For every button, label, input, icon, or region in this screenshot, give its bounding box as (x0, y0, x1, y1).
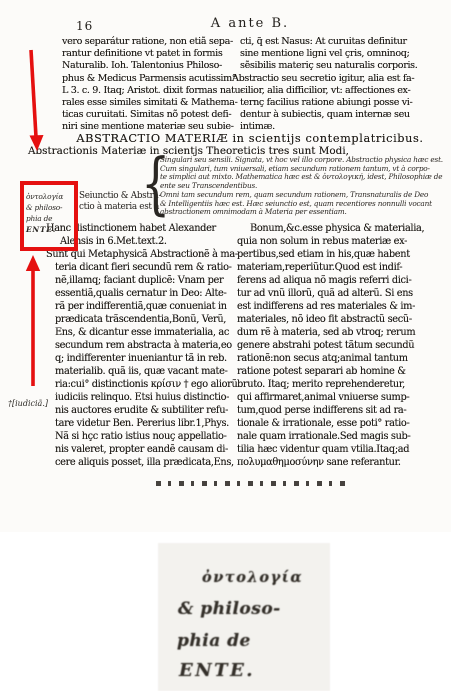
text-line: nẽ,illamq; faciant duplicẽ: Vnam per (46, 274, 238, 287)
text-line: ὀντολογία (26, 191, 63, 202)
text-line: & philoso- (26, 202, 63, 213)
upper-left-column: vero separátur ratione, non etiã sepa-ra… (62, 36, 243, 134)
text-line: Naturalib. Ioh. Talentonius Philoso- (62, 60, 243, 72)
clipped-text-fragment (156, 481, 348, 486)
text-line: essentiã,qualis cernatur in Deo: Alte- (46, 287, 238, 300)
text-line: sine mentione ligni vel çris, omninoq; (240, 48, 417, 60)
text-line: vero separátur ratione, non etiã sepa- (62, 36, 243, 48)
down-arrow-icon (30, 50, 44, 151)
lower-left-column: Hanc distinctionem habet AlexanderAlensi… (46, 222, 238, 469)
text-line: & philoso- (178, 599, 281, 619)
margin-note-ontologia: ὀντολογία& philoso-phia deENTE. (26, 191, 63, 235)
text-line: materiales, nõ ideo fit abstractũ secũ- (237, 313, 424, 326)
text-line: ὀντολογία (202, 569, 303, 586)
margin-note-dagger: †[iudiciã.] (8, 399, 48, 408)
text-line: qui affirmaret,animal vniuerse sump- (237, 391, 424, 404)
lower-right-column: Bonum,&c.esse physica & materialia,quia … (237, 222, 424, 469)
text-line: genere abstrahi potest tãtum secundũ (237, 339, 424, 352)
text-line: quia non solum in rebus materiæ ex- (237, 235, 424, 248)
running-header: A ante B. (100, 16, 400, 31)
text-line: est indifferens ad res materiales & im- (237, 300, 424, 313)
text-line: rã per indifferentiã,quæ conueniat in (46, 300, 238, 313)
text-line: phia de (177, 631, 251, 651)
text-line: rantur definitione vt patet in formis (62, 48, 243, 60)
text-line: πολυμαθημοσύνην sane referantur. (237, 456, 424, 469)
text-line: q; indifferenter inueniantur tã in reb. (46, 352, 238, 365)
section-heading: ABSTRACTIO MATERIÆ in scientijs contempl… (60, 132, 440, 145)
text-line: sẽsibilis materiç seu naturalis corporis… (240, 60, 417, 72)
text-line: bruto. Itaq; merito reprehenderetur, (237, 378, 424, 391)
text-line: iudiciis relinquo. Etsi huius distinctio… (46, 391, 238, 404)
text-line: tare videtur Ben. Pererius libr.1,Phys. (46, 417, 238, 430)
text-line: nale quam irrationale.Sed magis sub- (237, 430, 424, 443)
text-line: teria dicant fieri secundũ rem & ratio- (46, 261, 238, 274)
text-line: abstractionem omnimodam à Materia per es… (160, 208, 443, 217)
text-line: phia de (26, 213, 63, 224)
text-line: Bonum,&c.esse physica & materialia, (237, 222, 424, 235)
text-line: tionale & irrationale, esse poti° ratio- (237, 417, 424, 430)
text-line: ratione potest separari ab homine & (237, 365, 424, 378)
text-line: dentur à subiectis, quam internæ seu (240, 109, 417, 121)
text-line: ternç facilius ratione abiungi posse vi- (240, 97, 417, 109)
text-line: nis valeret, propter eandẽ causam di- (46, 443, 238, 456)
text-line: prædicata trãscendentia,Bonũ, Verũ, (46, 313, 238, 326)
text-line: materiam,reperiũtur.Quod est indif- (237, 261, 424, 274)
text-line: phus & Medicus Parmensis acutissim° (62, 73, 243, 85)
text-line: cilior, alia difficilior, vt: affectione… (240, 85, 417, 97)
text-line: tum,quod perse indifferens sit ad ra- (237, 404, 424, 417)
text-line: nis auctores erudite & subtiliter refu- (46, 404, 238, 417)
text-line: tur ad vnũ illorũ, quã ad alterũ. Si ens (237, 287, 424, 300)
page-number: 16 (76, 19, 93, 33)
text-line: materialib. quã iis, quæ vacant mate- (46, 365, 238, 378)
book-page-scan: 16 A ante B. vero separátur ratione, non… (0, 0, 451, 532)
upper-right-column: cti, q̃ est Nasus: At curuitas definitur… (232, 36, 417, 134)
text-line: tilia hæc videntur quam vtilia.Itaq;ad (237, 443, 424, 456)
text-line: pertibus,sed etiam in his,quæ habent (237, 248, 424, 261)
text-line: Nã si hçc ratio istius nouç appellatio- (46, 430, 238, 443)
brace-diagram-items: Singulari seu sensili. Signata, vt hoc v… (160, 156, 443, 217)
text-line: cere aliquis posset, illa prædicata,Ens, (46, 456, 238, 469)
text-line: rales esse similes simitati & Mathema- (62, 97, 243, 109)
magnified-margin-note-crop: ὀντολογία& philoso-phia deENTE. (158, 543, 330, 691)
text-line: L 3. c. 9. Itaq; Aristot. dixit formas n… (62, 85, 243, 97)
text-line: Abstractio seu secretio igitur, alia est… (232, 73, 417, 85)
text-line: secundum rem abstracta à materia,eo (46, 339, 238, 352)
text-line: ENTE. (179, 660, 255, 681)
text-line: ferens ad aliqua nõ magis referri dici- (237, 274, 424, 287)
text-line: dum rẽ à materia, sed ab vtroq; rerum (237, 326, 424, 339)
up-arrow-icon (26, 255, 40, 386)
text-line: rationẽ:non secus atq;animal tantum (237, 352, 424, 365)
text-line: cti, q̃ est Nasus: At curuitas definitur (240, 36, 417, 48)
text-line: Ens, & dicantur esse immaterialia, ac (46, 326, 238, 339)
text-line: ria:cui° distinctionis κρίσιν † ego alio… (46, 378, 238, 391)
text-line: ticas curuitati. Simitas nõ potest defi- (62, 109, 243, 121)
text-line: ENTE. (26, 224, 63, 235)
